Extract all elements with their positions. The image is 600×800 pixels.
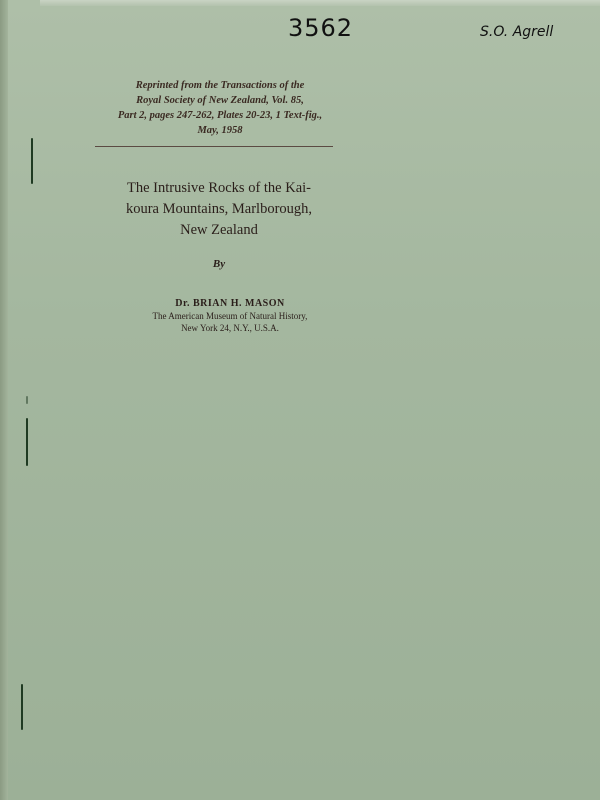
document-page: 3562 S.O. Agrell Reprinted from the Tran… <box>0 0 600 800</box>
staple-mark <box>21 684 23 730</box>
divider-rule <box>95 146 333 147</box>
binding-edge <box>0 0 8 800</box>
title-line: New Zealand <box>88 220 350 241</box>
reprint-line: Reprinted from the Transactions of the <box>95 78 345 93</box>
title-line: koura Mountains, Marlborough, <box>88 199 350 220</box>
byline: By <box>88 258 350 270</box>
reprint-line: Royal Society of New Zealand, Vol. 85, <box>95 93 345 108</box>
staple-mark <box>26 396 28 404</box>
reprint-line: Part 2, pages 247-262, Plates 20-23, 1 T… <box>95 108 345 123</box>
author-block: Dr. BRIAN H. MASON The American Museum o… <box>110 298 350 334</box>
page-top-edge <box>40 0 600 6</box>
title-line: The Intrusive Rocks of the Kai- <box>88 178 350 199</box>
staple-mark <box>26 418 28 466</box>
handwritten-catalog-number: 3562 <box>288 14 353 42</box>
reprint-line: May, 1958 <box>95 123 345 138</box>
author-name: Dr. BRIAN H. MASON <box>110 298 350 310</box>
author-institution: The American Museum of Natural History, <box>110 310 350 322</box>
handwritten-owner-name: S.O. Agrell <box>480 24 553 40</box>
reprint-note: Reprinted from the Transactions of the R… <box>95 78 345 138</box>
document-title: The Intrusive Rocks of the Kai- koura Mo… <box>88 178 350 241</box>
author-address: New York 24, N.Y., U.S.A. <box>110 322 350 334</box>
staple-mark <box>31 138 33 184</box>
